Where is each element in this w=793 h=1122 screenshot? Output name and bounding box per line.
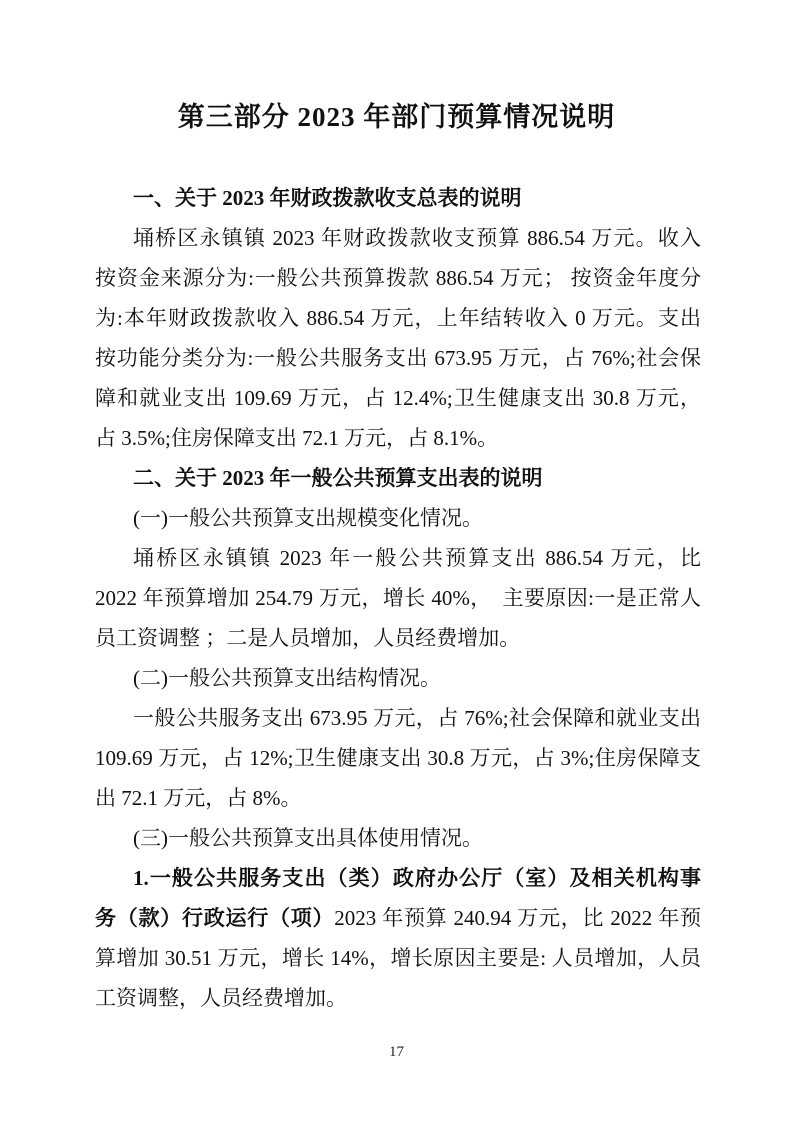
text-line: 出 72.1 万元，占 8%。 bbox=[95, 778, 701, 818]
document-title: 第三部分 2023 年部门预算情况说明 bbox=[0, 97, 793, 137]
bold-run: 务（款）行政运行（项） bbox=[95, 906, 334, 930]
text-line: 按资金来源分为:一般公共预算拨款 886.54 万元； 按资金年度分 bbox=[95, 258, 701, 298]
subsection-heading: (三)一般公共预算支出具体使用情况。 bbox=[95, 818, 701, 858]
text-line: 埇桥区永镇镇 2023 年财政拨款收支预算 886.54 万元。收入 bbox=[95, 218, 701, 258]
subsection-heading: (一)一般公共预算支出规模变化情况。 bbox=[95, 498, 701, 538]
text-line: 埇桥区永镇镇 2023 年一般公共预算支出 886.54 万元，比 bbox=[95, 538, 701, 578]
text-line: 占 3.5%;住房保障支出 72.1 万元，占 8.1%。 bbox=[95, 418, 701, 458]
text-line-mixed: 务（款）行政运行（项）2023 年预算 240.94 万元，比 2022 年预 bbox=[95, 898, 701, 938]
subsection-heading: (二)一般公共预算支出结构情况。 bbox=[95, 658, 701, 698]
text-line-bold: 1.一般公共服务支出（类）政府办公厅（室）及相关机构事 bbox=[95, 858, 701, 898]
text-line: 障和就业支出 109.69 万元，占 12.4%;卫生健康支出 30.8 万元， bbox=[95, 378, 701, 418]
section-heading-1: 一、关于 2023 年财政拨款收支总表的说明 bbox=[95, 178, 701, 218]
text-line: 2022 年预算增加 254.79 万元，增长 40%， 主要原因:一是正常人 bbox=[95, 578, 701, 618]
text-line: 算增加 30.51 万元，增长 14%，增长原因主要是: 人员增加，人员 bbox=[95, 938, 701, 978]
text-line: 109.69 万元，占 12%;卫生健康支出 30.8 万元，占 3%;住房保障… bbox=[95, 738, 701, 778]
text-line: 员工资调整 ；二是人员增加，人员经费增加。 bbox=[95, 618, 701, 658]
page-number: 17 bbox=[0, 1040, 793, 1064]
text-line: 一般公共服务支出 673.95 万元，占 76%;社会保障和就业支出 bbox=[95, 698, 701, 738]
document-page: 第三部分 2023 年部门预算情况说明 一、关于 2023 年财政拨款收支总表的… bbox=[0, 0, 793, 1122]
text-line: 按功能分类分为:一般公共服务支出 673.95 万元，占 76%;社会保 bbox=[95, 338, 701, 378]
document-body: 一、关于 2023 年财政拨款收支总表的说明 埇桥区永镇镇 2023 年财政拨款… bbox=[95, 178, 701, 1018]
text-line: 为:本年财政拨款收入 886.54 万元，上年结转收入 0 万元。支出 bbox=[95, 298, 701, 338]
text-line: 工资调整，人员经费增加。 bbox=[95, 978, 701, 1018]
section-heading-2: 二、关于 2023 年一般公共预算支出表的说明 bbox=[95, 458, 701, 498]
normal-run: 2023 年预算 240.94 万元，比 2022 年预 bbox=[334, 906, 701, 930]
